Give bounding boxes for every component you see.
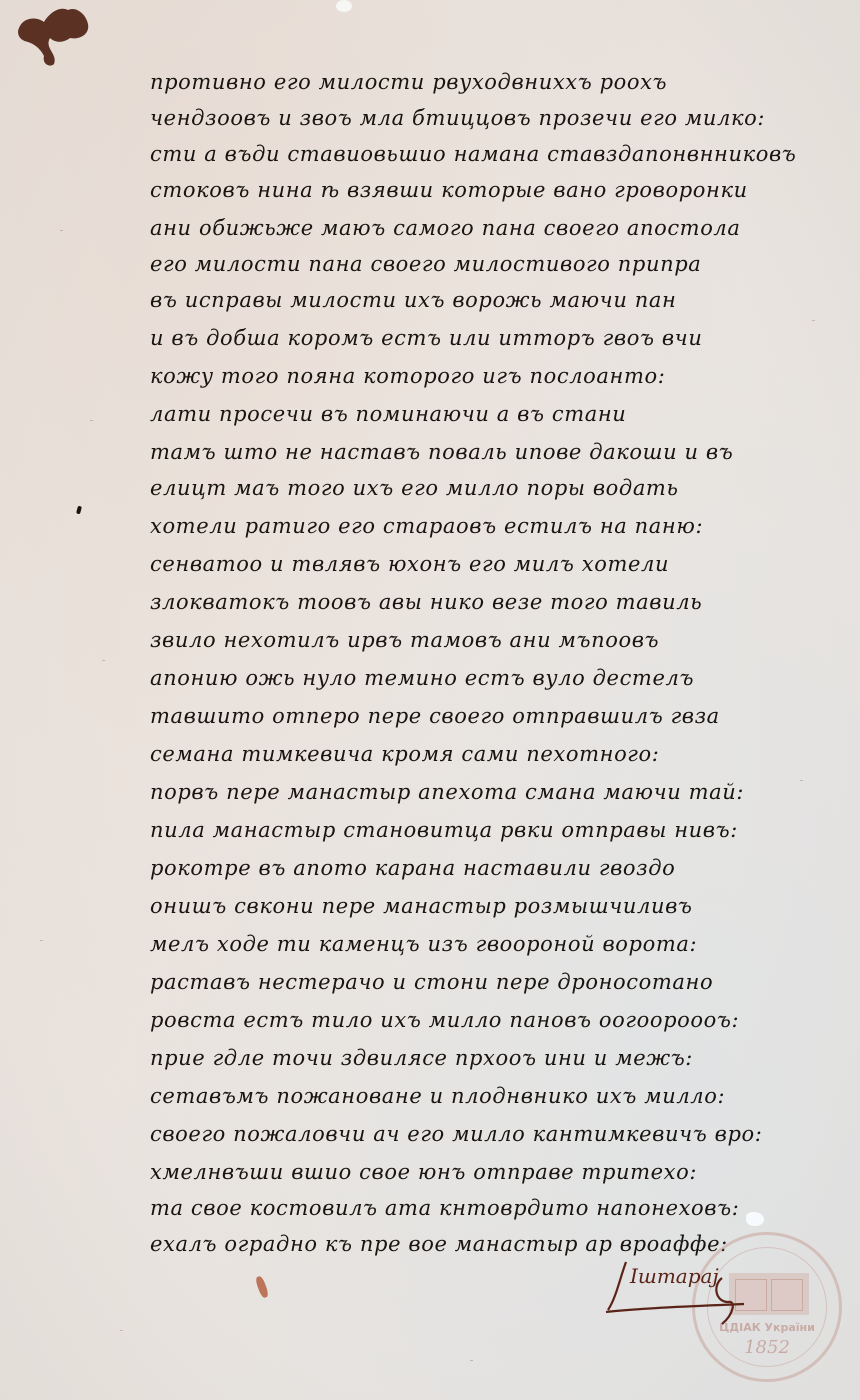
signature: Іштарај (604, 1258, 754, 1328)
manuscript-line: хотели ратиго его стараовъ естилъ на пан… (150, 514, 703, 538)
manuscript-line: лати просечи въ поминаючи а въ стани (150, 402, 626, 426)
manuscript-line: и въ добша коромъ естъ или итторъ гвоъ в… (150, 326, 702, 350)
manuscript-line: ровста естъ тило ихъ милло пановъ оогоор… (150, 1008, 739, 1032)
manuscript-line: сенватоо и твлявъ юхонъ его милъ хотели (150, 552, 669, 576)
manuscript-line: противно его милости рвуходвниххъ роохъ (150, 70, 667, 94)
manuscript-line: апонию ожь нуло темино естъ вуло дестелъ (150, 666, 694, 690)
stamp-year: 1852 (695, 1337, 839, 1358)
paper-fiber (800, 780, 803, 781)
manuscript-line: злокватокъ тоовъ авы нико везе того тави… (150, 590, 702, 614)
manuscript-line: его милости пана своего милостивого прип… (150, 252, 701, 276)
paper-damage (336, 0, 352, 12)
manuscript-line: своего пожаловчи ач его милло кантимкеви… (150, 1122, 762, 1146)
manuscript-line: семана тимкевича кромя сами пехотного: (150, 742, 659, 766)
manuscript-line: тавшито отперо пере своего отправшилъ гв… (150, 704, 720, 728)
manuscript-line: въ исправы милости ихъ ворожь маючи пан (150, 288, 676, 312)
manuscript-line: сетавъмъ пожановане и плоднвнико ихъ мил… (150, 1084, 725, 1108)
manuscript-line: ехалъ оградно къ пре вое манастыр ар вро… (150, 1232, 728, 1256)
manuscript-line: онишъ свкони пере манастыр розмышчиливъ (150, 894, 693, 918)
manuscript-line: стоковъ нина ѣ взявши которые вано грово… (150, 178, 748, 202)
paper-fiber (102, 660, 105, 661)
paper-fiber (40, 940, 43, 941)
manuscript-line: чендзоовъ и звоъ мла бтиццовъ прозечи ег… (150, 106, 765, 130)
manuscript-line: порвъ пере манастыр апехота смана маючи … (150, 780, 744, 804)
ink-blot (14, 4, 94, 68)
paper-fiber (470, 1360, 473, 1361)
manuscript-line: мелъ ходе ти каменцъ изъ гвоороной ворот… (150, 932, 697, 956)
manuscript-line: раставъ нестерачо и стони пере дроносота… (150, 970, 713, 994)
margin-mark (76, 506, 82, 515)
paper-fiber (60, 230, 63, 231)
manuscript-line: звило нехотилъ ирвъ тамовъ ани мъпоовъ (150, 628, 659, 652)
manuscript-page: противно его милости рвуходвниххъ роохъ … (0, 0, 860, 1400)
manuscript-line: тамъ што не наставъ поваль ипове дакоши … (150, 440, 733, 464)
manuscript-line: кожу того пояна которого игъ послоанто: (150, 364, 665, 388)
manuscript-line: прие гдле точи здвилясе прхооъ ини и меж… (150, 1046, 693, 1070)
rust-stain (254, 1275, 269, 1298)
manuscript-line: пила манастыр становитца рвки отправы ни… (150, 818, 738, 842)
paper-fiber (90, 420, 93, 421)
manuscript-line: елицт маъ того ихъ его милло поры водать (150, 476, 678, 500)
manuscript-line: та свое костовилъ ата кнтоврдито напонех… (150, 1196, 739, 1220)
signature-text: Іштарај (630, 1264, 719, 1288)
manuscript-line: сти а въди ставиовьшио намана ставздапон… (150, 142, 796, 166)
paper-fiber (812, 320, 815, 321)
manuscript-line: хмелнвъши вшио свое юнъ отправе тритехо: (150, 1160, 697, 1184)
paper-hole (746, 1212, 764, 1226)
paper-fiber (120, 1330, 123, 1331)
manuscript-line: ани обижьже маюъ самого пана своего апос… (150, 216, 741, 240)
manuscript-line: рокотре въ апото карана наставили гвоздо (150, 856, 675, 880)
